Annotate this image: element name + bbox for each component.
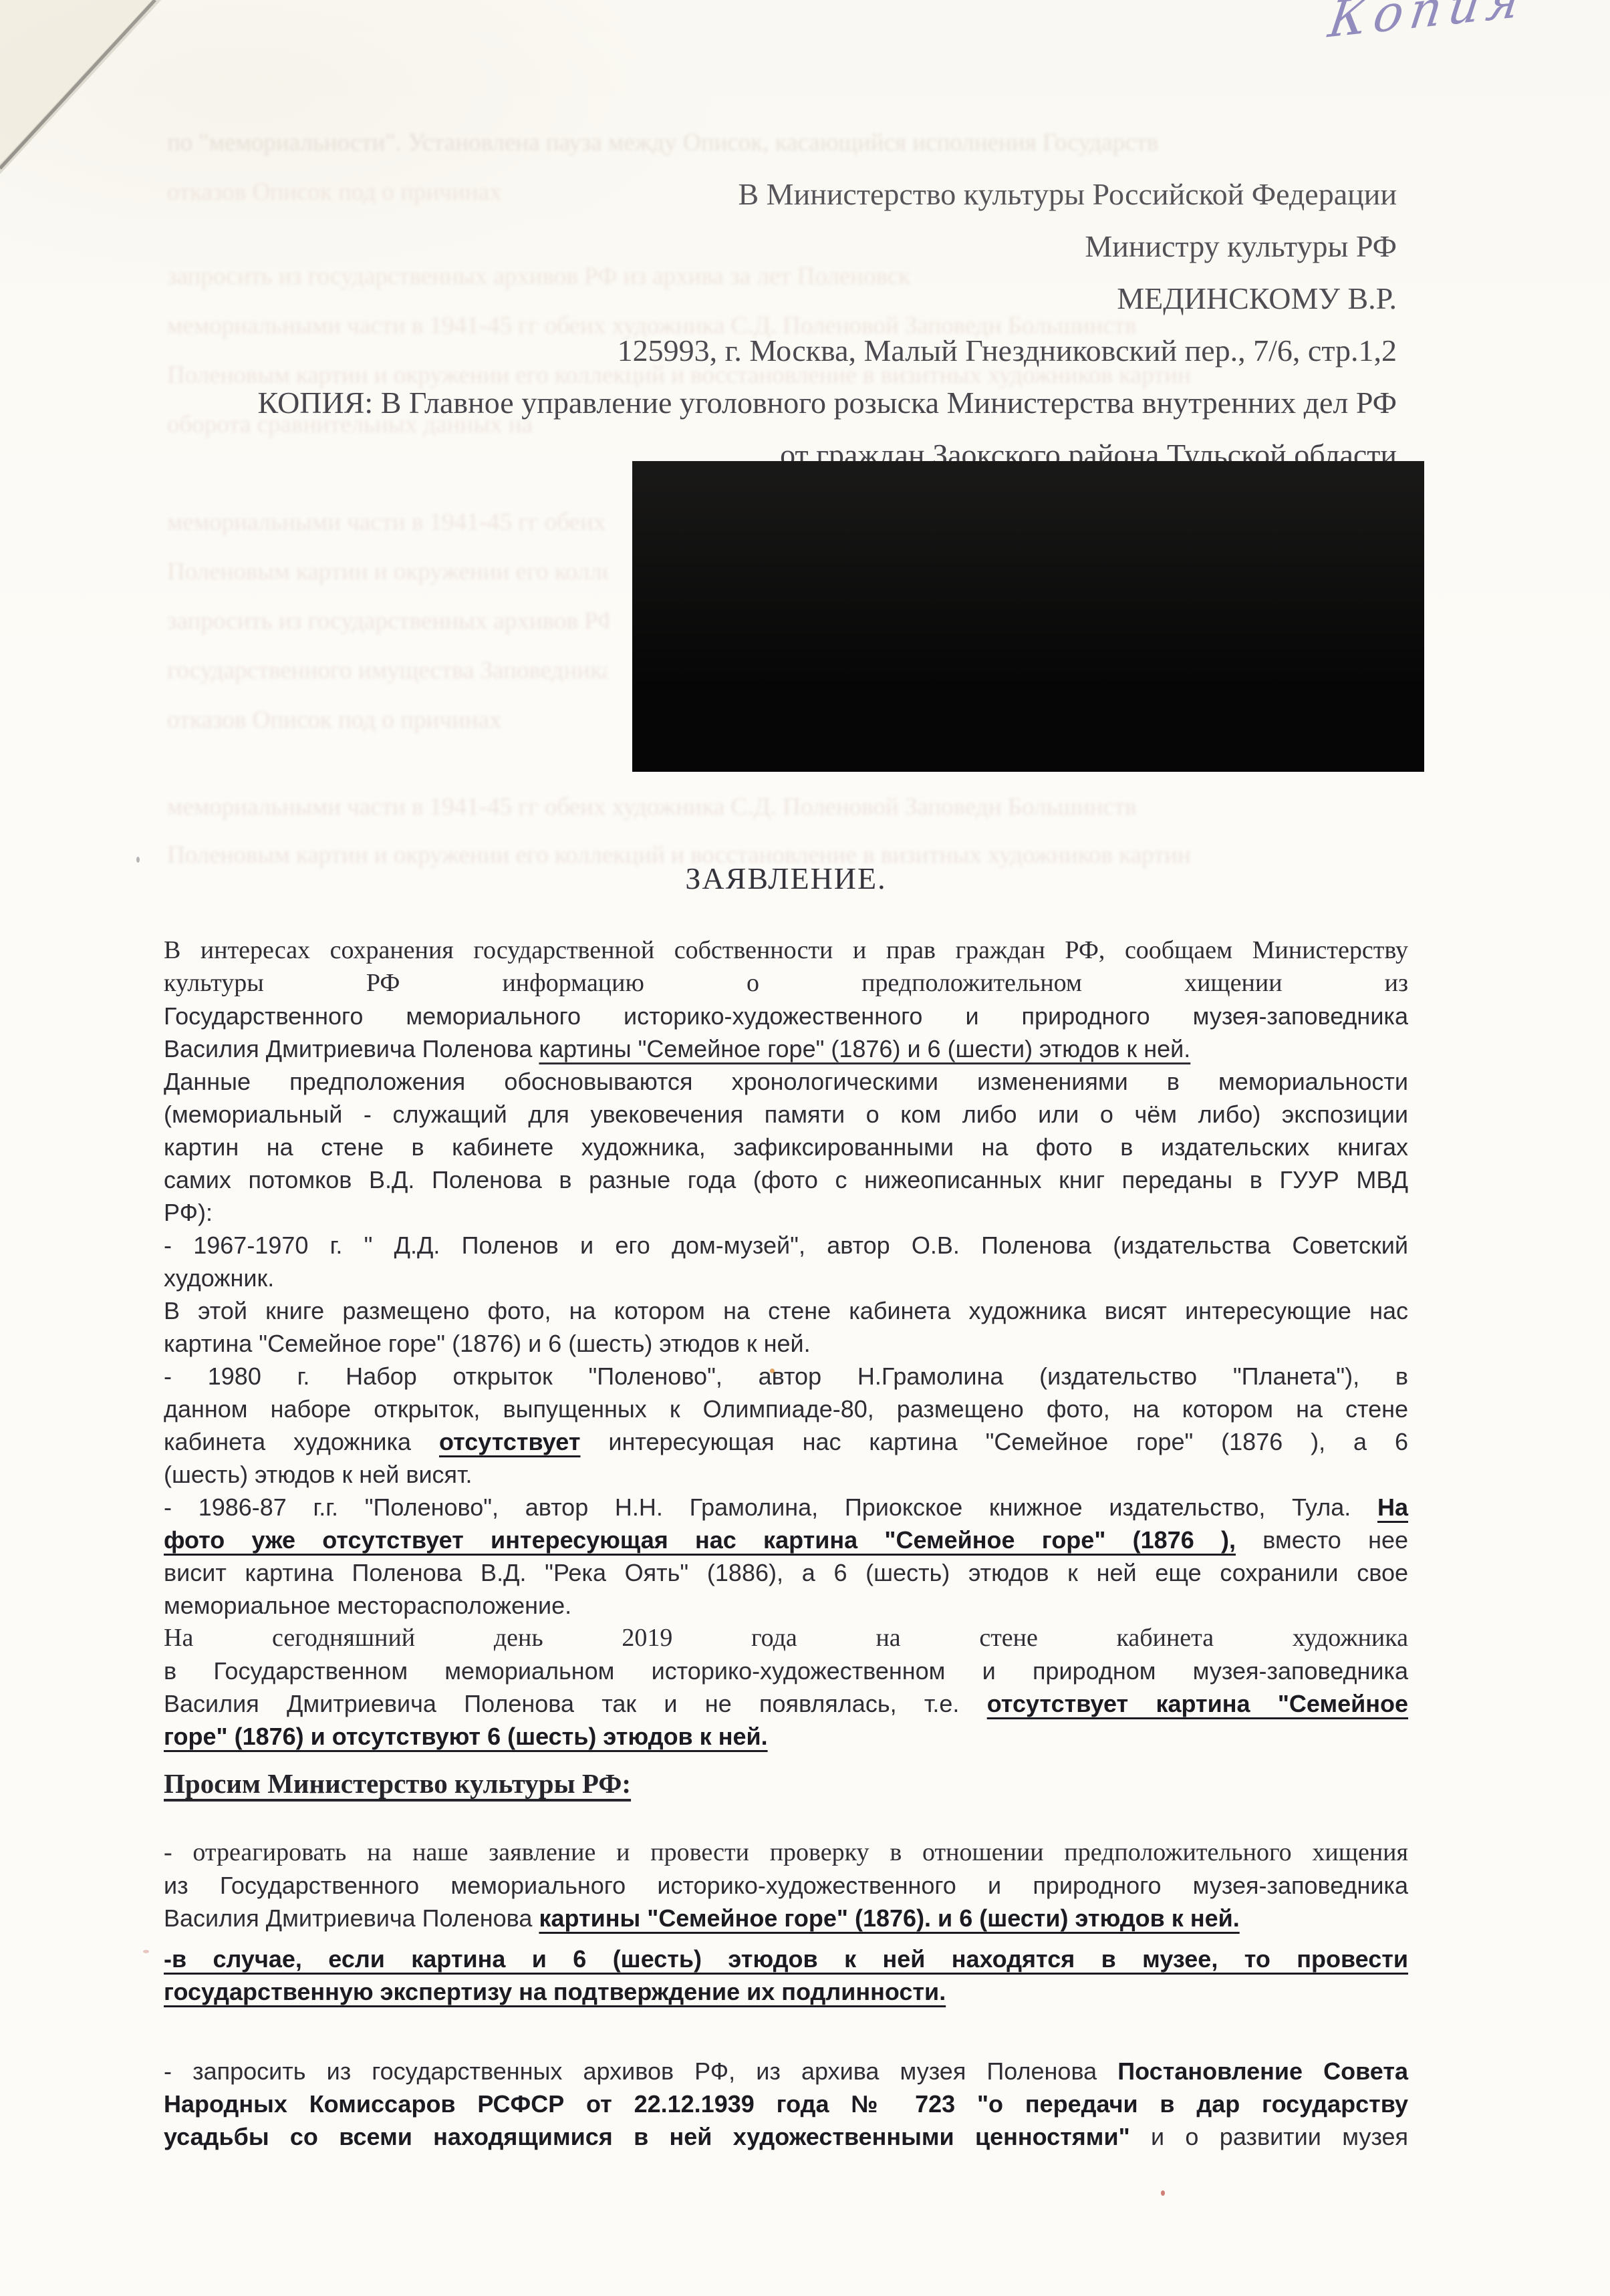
body-line: Василия Дмитриевича Поленова так и не по…: [164, 1687, 1408, 1720]
body-line: - 1980 г. Набор открыток "Поленово", авт…: [164, 1360, 1408, 1393]
body-line: висит картина Поленова В.Д. "Река Оять" …: [164, 1556, 1408, 1589]
addressee-block: В Министерство культуры Российской Федер…: [127, 168, 1397, 481]
copy-to-line: КОПИЯ: В Главное управление уголовного р…: [127, 377, 1397, 429]
bleed-through-line: мемориальными части в 1941-45 гг обеих х…: [167, 508, 608, 537]
body-line: мемориальное месторасположение.: [164, 1589, 1408, 1622]
body-line: картин на стене в кабинете художника, за…: [164, 1131, 1408, 1163]
bleed-through-line: запросить из государственных архивов РФ …: [167, 607, 608, 635]
body-line: РФ):: [164, 1196, 1408, 1229]
addressee-address: 125993, г. Москва, Малый Гнездниковский …: [127, 325, 1397, 377]
body-line: в Государственном мемориальном историко-…: [164, 1655, 1408, 1687]
body-line: художник.: [164, 1262, 1408, 1294]
bleed-through-line: мемориальными части в 1941-45 гг обеих х…: [167, 793, 1343, 821]
handwritten-copy-note: Копия: [1325, 0, 1559, 49]
body-line: В этой книге размещено фото, на котором …: [164, 1294, 1408, 1327]
bleed-through-line: отказов Описок под о причинах: [167, 706, 608, 734]
body-line: фото уже отсутствует интересующая нас ка…: [164, 1524, 1408, 1556]
body-line: государственную экспертизу на подтвержде…: [164, 1975, 1408, 2008]
body-line: горе" (1876) и отсутствуют 6 (шесть) этю…: [164, 1720, 1408, 1753]
bleed-through-line: по "мемориальности". Установлена пауза м…: [167, 128, 1190, 157]
body-line: Государственного мемориального историко-…: [164, 1000, 1408, 1032]
body-line: Народных Комиссаров РСФСР от 22.12.1939 …: [164, 2088, 1408, 2120]
body-line: В интересах сохранения государственной с…: [164, 934, 1408, 967]
body-line: - 1986-87 г.г. "Поленово", автор Н.Н. Гр…: [164, 1491, 1408, 1524]
addressee-name: МЕДИНСКОМУ В.Р.: [127, 273, 1397, 325]
bleed-through-line: государственного имущества Заповедника: [167, 656, 608, 685]
body-line: -в случае, если картина и 6 (шесть) этюд…: [164, 1943, 1408, 1975]
body-line: Василия Дмитриевича Поленова картины "Се…: [164, 1032, 1408, 1065]
folded-corner-artifact: [0, 0, 174, 190]
body-line: (шесть) этюдов к ней висят.: [164, 1458, 1408, 1491]
addressee-minister: Министру культуры РФ: [127, 221, 1397, 273]
body-line: - 1967-1970 г. " Д.Д. Поленов и его дом-…: [164, 1229, 1408, 1262]
body-line: кабинета художника отсутствует интересую…: [164, 1425, 1408, 1458]
body-line: культуры РФ информацию о предположительн…: [164, 967, 1408, 1000]
body-line: - отреагировать на наше заявление и пров…: [164, 1836, 1408, 1869]
bleed-through-line: Поленовым картин и окружении его коллекц…: [167, 557, 608, 586]
body-line: На сегодняшний день 2019 года на стене к…: [164, 1622, 1408, 1655]
body-line: картина "Семейное горе" (1876) и 6 (шест…: [164, 1327, 1408, 1360]
redaction-box: [632, 461, 1424, 772]
addressee-ministry: В Министерство культуры Российской Федер…: [127, 168, 1397, 221]
dust-speck: [1161, 2190, 1165, 2196]
body-line: усадьбы со всеми находящимися в ней худо…: [164, 2120, 1408, 2153]
document-title: ЗАЯВЛЕНИЕ.: [164, 861, 1408, 896]
body-line: самих потомков В.Д. Поленова в разные го…: [164, 1163, 1408, 1196]
body-line: Василия Дмитриевича Поленова картины "Се…: [164, 1902, 1408, 1934]
body-line: из Государственного мемориального истори…: [164, 1869, 1408, 1902]
body-line: (мемориальный - служащий для увековечени…: [164, 1098, 1408, 1131]
body-line: данном наборе открыток, выпущенных к Оли…: [164, 1393, 1408, 1425]
request-heading: Просим Министерство культуры РФ:: [164, 1767, 1408, 1800]
dust-speck: [136, 857, 140, 863]
body-line: - запросить из государственных архивов Р…: [164, 2055, 1408, 2088]
dust-speck: [143, 1950, 149, 1953]
letter-body: В интересах сохранения государственной с…: [164, 934, 1408, 2153]
body-line: Данные предположения обосновываются хрон…: [164, 1065, 1408, 1098]
scanned-letter-page: Копия по "мемориальности". Установлена п…: [0, 0, 1610, 2296]
